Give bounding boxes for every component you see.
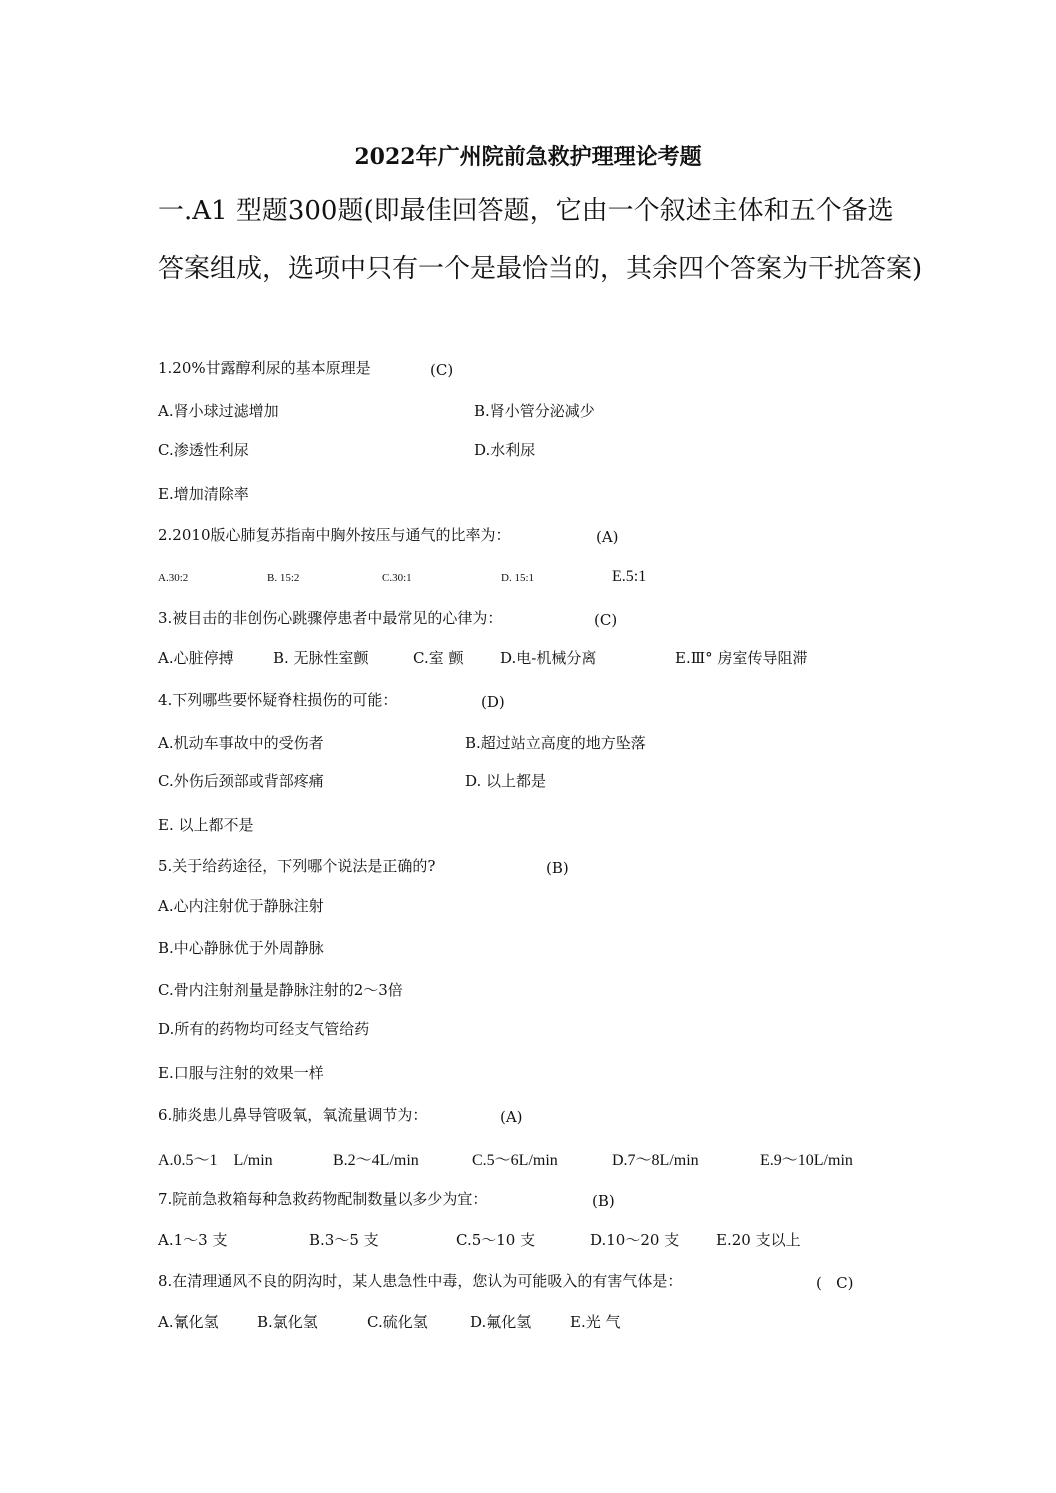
question-stem: 5.关于给药途径，下列哪个说法是正确的?	[158, 859, 435, 874]
question-answer: (C)	[594, 611, 617, 629]
question-answer: ( C)	[816, 1274, 854, 1292]
option-c: C.外伤后颈部或背部疼痛	[158, 774, 324, 789]
option-c: C.渗透性利尿	[158, 443, 249, 458]
option-e: E.9～10L/min	[760, 1153, 853, 1169]
option-c: C.硫化氢	[367, 1315, 428, 1330]
option-d: D.氟化氢	[470, 1315, 531, 1330]
option-d: D. 15:1	[501, 573, 534, 584]
option-d: D.电-机械分离	[500, 651, 596, 666]
option-d: D.10～20 支	[590, 1233, 679, 1248]
option-a: A.30:2	[158, 573, 188, 584]
option-d: D.所有的药物均可经支气管给药	[158, 1022, 369, 1037]
question-stem: 6.肺炎患儿鼻导管吸氧，氧流量调节为：	[158, 1108, 427, 1123]
option-a: A.心内注射优于静脉注射	[158, 899, 324, 914]
option-a: A.机动车事故中的受伤者	[158, 736, 324, 751]
option-c: C.骨内注射剂量是静脉注射的2～3倍	[158, 983, 403, 998]
option-b: B.中心静脉优于外周静脉	[158, 941, 324, 956]
option-a: A.心脏停搏	[158, 651, 234, 666]
option-b: B.超过站立高度的地方坠落	[465, 736, 646, 751]
option-b: B.3～5 支	[309, 1233, 379, 1248]
option-a: A.氰化氢	[158, 1315, 219, 1330]
question-answer: (C)	[430, 361, 453, 379]
option-d: D.水利尿	[474, 443, 535, 458]
question-stem: 1.20%甘露醇利尿的基本原理是	[158, 361, 371, 376]
option-e: E.20 支以上	[716, 1233, 801, 1248]
option-e: E.光 气	[570, 1315, 621, 1330]
option-c: C.30:1	[382, 573, 412, 584]
section-heading-line-2: 答案组成，选项中只有一个是最恰当的，其余四个答案为干扰答案)	[158, 256, 922, 282]
option-b: B.肾小管分泌减少	[474, 404, 595, 419]
option-e: E.口服与注射的效果一样	[158, 1066, 324, 1081]
option-e: E.5:1	[612, 569, 646, 585]
question-answer: (A)	[596, 528, 619, 546]
question-answer: (D)	[481, 693, 505, 711]
question-stem: 2.2010版心肺复苏指南中胸外按压与通气的比率为：	[158, 528, 511, 543]
option-a: A.1～3 支	[158, 1233, 227, 1248]
option-b: B.2～4L/min	[333, 1153, 419, 1169]
section-heading-line-1: 一.A1 型题300题(即最佳回答题，它由一个叙述主体和五个备选	[158, 198, 894, 224]
question-answer: (B)	[592, 1192, 615, 1210]
question-stem: 3.被目击的非创伤心跳骤停患者中最常见的心律为：	[158, 611, 502, 626]
option-c: C.5～10 支	[456, 1233, 535, 1248]
option-d: D. 以上都是	[465, 774, 546, 789]
question-stem: 7.院前急救箱每种急救药物配制数量以多少为宜：	[158, 1192, 487, 1207]
option-e: E.Ⅲ° 房室传导阻滞	[675, 651, 807, 666]
option-e: E. 以上都不是	[158, 818, 254, 833]
option-e: E.增加清除率	[158, 487, 249, 502]
option-a: A.肾小球过滤增加	[158, 404, 279, 419]
question-stem: 8.在清理通风不良的阴沟时，某人患急性中毒，您认为可能吸入的有害气体是：	[158, 1274, 682, 1289]
option-d: D.7～8L/min	[612, 1153, 699, 1169]
option-b: B. 15:2	[267, 573, 299, 584]
question-stem: 4.下列哪些要怀疑脊柱损伤的可能：	[158, 693, 397, 708]
option-a: A.0.5～1 L/min	[158, 1153, 273, 1169]
option-c: C.室 颤	[413, 651, 463, 666]
document-title: 2022年广州院前急救护理理论考题	[0, 140, 1056, 171]
question-answer: (A)	[500, 1108, 523, 1126]
option-b: B.氯化氢	[257, 1315, 318, 1330]
option-c: C.5～6L/min	[472, 1153, 558, 1169]
option-b: B. 无脉性室颤	[273, 651, 369, 666]
document-page: 2022年广州院前急救护理理论考题 一.A1 型题300题(即最佳回答题，它由一…	[0, 0, 1056, 1493]
question-answer: (B)	[546, 859, 569, 877]
